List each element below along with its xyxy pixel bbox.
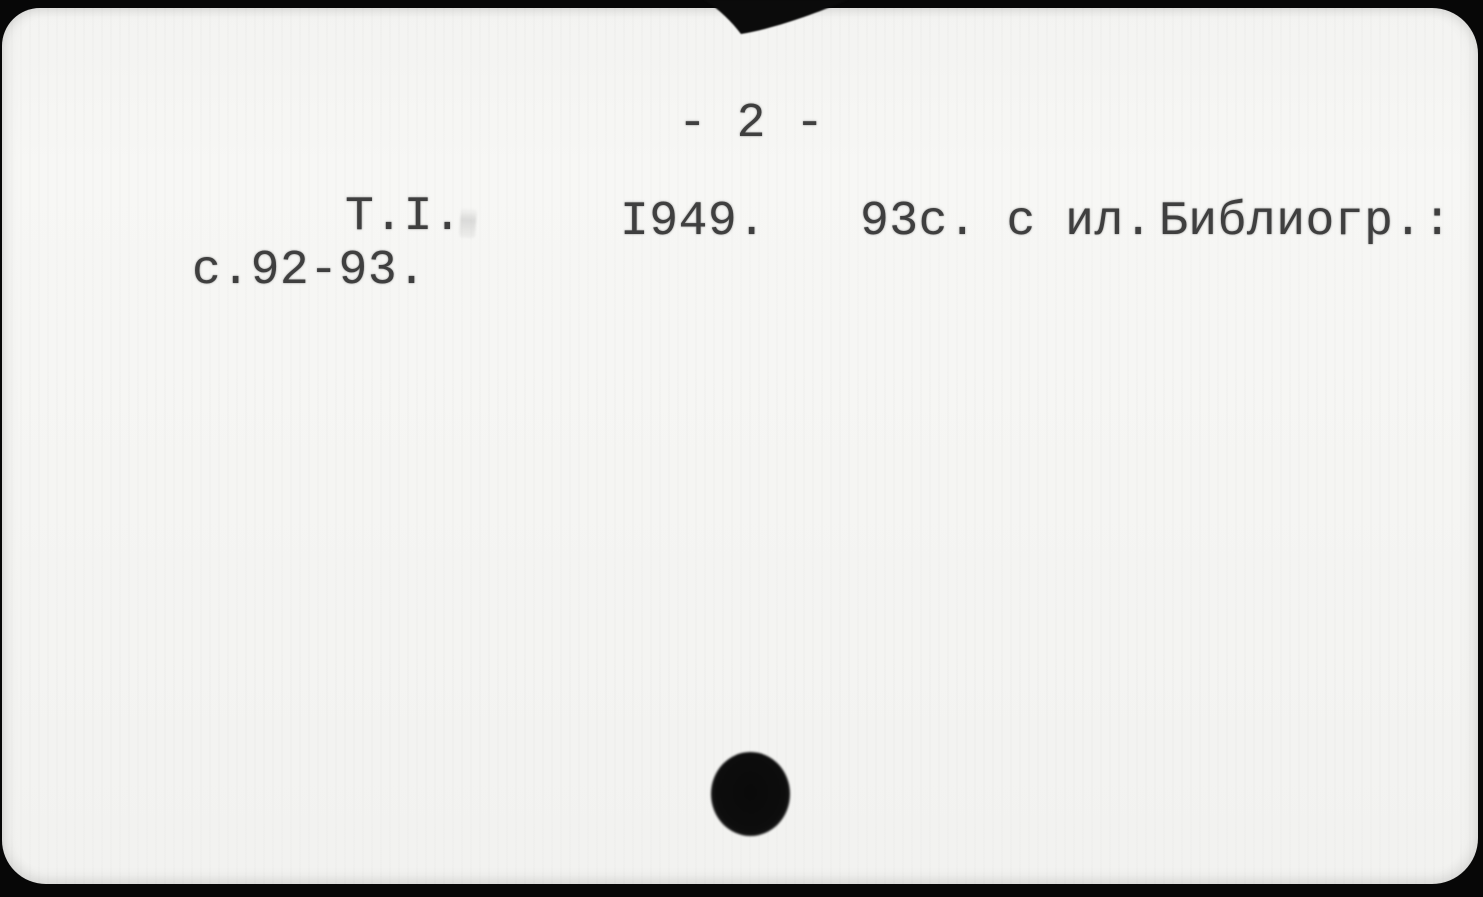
pages-info-label: 93с. с ил. bbox=[860, 198, 1153, 246]
year-label: I949. bbox=[620, 198, 767, 246]
scan-artifact-wedge bbox=[0, 0, 1483, 50]
scan-background: - 2 - T.I. I949. 93с. с ил. Библиогр.: с… bbox=[0, 0, 1483, 897]
punch-hole-icon bbox=[711, 752, 790, 836]
bibliography-pages: с.92-93. bbox=[192, 247, 426, 295]
scan-smudge bbox=[459, 207, 477, 238]
catalog-card: - 2 - T.I. I949. 93с. с ил. Библиогр.: с… bbox=[2, 8, 1478, 884]
page-number: - 2 - bbox=[678, 100, 825, 148]
bibliography-label: Библиогр.: bbox=[1159, 198, 1452, 246]
volume-label: T.I. bbox=[345, 193, 462, 241]
